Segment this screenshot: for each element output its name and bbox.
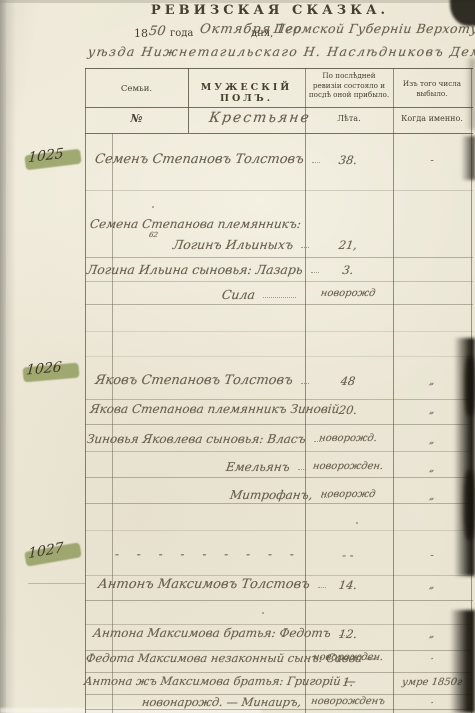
table-horizontal-rule: [85, 575, 473, 576]
departure-note: ·: [393, 654, 471, 665]
dateline-place-handwritten: Пермской Губерніи Верхотурск.: [273, 21, 475, 36]
dateline-year-printed: 18: [134, 27, 148, 40]
age-value: 12.: [304, 627, 392, 641]
age-value: новорожден.: [304, 461, 392, 472]
table-horizontal-rule: [85, 281, 473, 282]
page-title: РЕВИЗСКАЯ СКАЗКА.: [95, 3, 445, 18]
table-horizontal-rule: [85, 68, 473, 69]
ink-speck: [262, 612, 264, 614]
scan-left-edge-fade: [6, 0, 16, 713]
table-horizontal-rule: [85, 304, 473, 305]
departure-note: „: [393, 376, 471, 387]
subheader-when-exactly: Когда именно.: [395, 114, 469, 123]
departure-note: ·: [393, 698, 471, 709]
departure-note: „: [393, 435, 471, 446]
age-value: новорожд.: [304, 433, 392, 444]
table-vertical-rule: [188, 68, 189, 133]
entry-text: Яковъ Степановъ Толстовъ: [94, 373, 294, 388]
table-horizontal-rule: [85, 672, 473, 673]
age-value: - -: [304, 548, 392, 562]
column-header-departed: Изъ того числа выбыло.: [395, 79, 469, 98]
departure-note: „: [393, 405, 471, 416]
table-horizontal-rule: [85, 477, 473, 478]
age-value: 48: [304, 374, 392, 388]
dateline-year-word: года: [170, 28, 193, 39]
entry-row: новонарожд. — Минаиръ,: [142, 695, 302, 709]
age-value: новорожден.: [304, 652, 392, 663]
entry-text: Семена Степанова племянникъ:: [89, 217, 302, 231]
dateline-year-handwritten: 50: [148, 24, 167, 39]
entry-row: Емельянъ: [226, 460, 302, 474]
ink-speck: [152, 206, 154, 208]
departure-note: умре 1850г: [393, 677, 471, 688]
dateline-day-word: дня,: [251, 28, 273, 39]
ink-speck: [356, 522, 358, 524]
entry-row: Семена Степанова племянникъ:: [90, 217, 302, 231]
entry-row: Семенъ Степановъ Толстовъ: [95, 152, 302, 167]
entry-text: Сила: [221, 287, 256, 302]
entry-text: новонарожд. — Минаиръ,: [141, 695, 302, 709]
table-horizontal-rule: [85, 257, 473, 258]
column-header-last-revision: По послѣдней ревизіи состояло и послѣ он…: [307, 71, 391, 100]
entry-text: Семенъ Степановъ Толстовъ: [94, 152, 305, 167]
entry-text: Зиновья Яковлева сыновья: Власъ: [86, 432, 307, 446]
table-horizontal-rule: [85, 503, 473, 504]
table-horizontal-rule: [85, 133, 473, 134]
entry-text: Логина Ильина сыновья: Лазарь: [86, 262, 304, 277]
departure-note: -: [393, 155, 471, 166]
entry-text: Антонъ Максимовъ Толстовъ: [97, 577, 311, 592]
table-horizontal-rule: [85, 709, 473, 710]
departure-note: „: [393, 491, 471, 502]
entry-row: Антонъ Максимовъ Толстовъ: [98, 577, 302, 592]
table-horizontal-rule: [85, 451, 473, 452]
table-horizontal-rule: [28, 583, 85, 584]
age-value: 20.: [304, 403, 392, 417]
age-value: 1.: [304, 675, 392, 689]
entry-row: Антона Максимова братья: Федотъ: [93, 626, 302, 640]
table-horizontal-rule: [85, 190, 473, 191]
entry-row: Якова Степанова племянникъ Зиновій: [90, 402, 302, 416]
age-value: 14.: [304, 578, 392, 592]
entry-row: Логина Ильина сыновья: Лазарь: [87, 262, 302, 277]
table-horizontal-rule: [85, 331, 473, 332]
column-header-male-sex: МУЖЕСКІЙ ПОЛЪ.: [188, 82, 305, 104]
age-value: новорожденъ: [304, 696, 392, 707]
dotted-leader: [263, 297, 296, 298]
table-horizontal-rule: [85, 530, 473, 531]
ink-speck: [322, 96, 324, 98]
entry-row: Логинъ Ильиныхъ: [173, 237, 302, 252]
departure-note: -: [393, 550, 471, 561]
entry-text: Емельянъ: [225, 460, 291, 474]
age-value: новорожд: [304, 489, 392, 500]
age-value: 38.: [304, 153, 392, 167]
family-number: 1026: [25, 359, 62, 378]
entry-text: Антона Максимова братья: Федотъ: [92, 626, 332, 640]
entry-row: Антона жъ Максимова братья: Григорій —: [84, 674, 302, 688]
age-value: 21,: [304, 238, 392, 252]
dateline-place-line2-handwritten: уѣзда Нижнетагильскаго Н. Наслѣдниковъ Д…: [87, 44, 475, 59]
table-vertical-rule: [85, 68, 86, 713]
age-value: 3.: [304, 263, 392, 277]
entry-row: Федота Максимова незаконный сынъ: Савва …: [86, 651, 302, 665]
entry-row: Яковъ Степановъ Толстовъ: [95, 373, 302, 388]
entry-text: 62: [148, 231, 158, 239]
column-header-families: Семьи.: [85, 84, 188, 94]
table-horizontal-rule: [85, 600, 473, 601]
subheader-years: Лѣта.: [307, 114, 391, 123]
entry-text: Митрофанъ,: [229, 488, 314, 502]
entry-row: Зиновья Яковлева сыновья: Власъ: [87, 432, 302, 446]
departure-note: „: [393, 463, 471, 474]
departure-note: „: [393, 580, 471, 591]
table-vertical-rule: [471, 68, 472, 713]
entry-row: - - - - - - - - -: [115, 547, 302, 561]
entry-row: Сила: [222, 287, 302, 302]
table-horizontal-rule: [85, 399, 473, 400]
entry-text: Логинъ Ильиныхъ: [172, 237, 294, 252]
table-horizontal-rule: [85, 356, 473, 357]
departure-note: „: [393, 629, 471, 640]
entry-text: - - - - - - - - -: [114, 547, 302, 561]
table-horizontal-rule: [85, 424, 473, 425]
age-value: новорожд: [304, 288, 392, 299]
table-horizontal-rule: [85, 107, 473, 108]
entry-row: Митрофанъ,: [230, 488, 302, 502]
revision-list-scan-page: РЕВИЗСКАЯ СКАЗКА. 18 50 года Октября 1го…: [0, 0, 475, 713]
subheader-number-sign: №: [85, 112, 188, 125]
table-horizontal-rule: [85, 624, 473, 625]
entry-text: Якова Степанова племянникъ Зиновій: [89, 402, 340, 416]
